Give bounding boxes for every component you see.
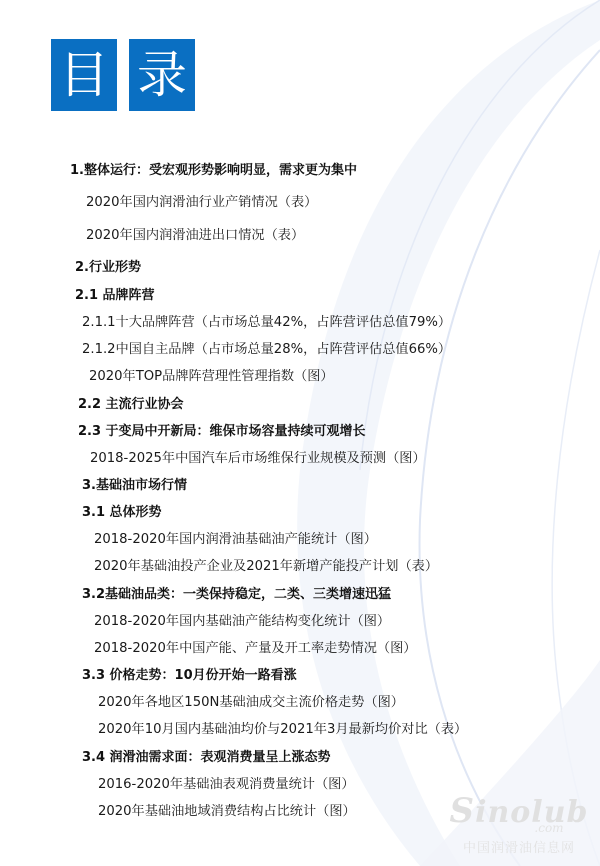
toc-entry[interactable]: 2020年各地区150N基础油成交主流价格走势（图） xyxy=(98,694,404,712)
toc-entry[interactable]: 2020年TOP品牌阵营理性管理指数（图） xyxy=(89,368,334,386)
toc-section-heading[interactable]: 3.1 总体形势 xyxy=(82,504,162,522)
title-char-box: 目 xyxy=(51,39,117,111)
title-char-box: 录 xyxy=(129,39,195,111)
toc-entry[interactable]: 2020年基础油投产企业及2021年新增产能投产计划（表） xyxy=(94,558,438,576)
watermark-logo: Sinolub xyxy=(444,796,594,828)
toc-entry[interactable]: 2.1.1十大品牌阵营（占市场总量42%，占阵营评估总值79%） xyxy=(82,314,451,332)
toc-section-heading[interactable]: 3.基础油市场行情 xyxy=(82,477,187,495)
sinolub-watermark: Sinolub .com 中国润滑油信息网 xyxy=(444,796,594,858)
toc-entry[interactable]: 2016-2020年基础油表观消费量统计（图） xyxy=(98,776,355,794)
toc-section-heading[interactable]: 3.3 价格走势：10月份开始一路看涨 xyxy=(82,667,297,685)
toc-section-heading[interactable]: 2.行业形势 xyxy=(75,259,141,277)
toc-entry[interactable]: 2018-2020年国内基础油产能结构变化统计（图） xyxy=(94,613,390,631)
toc-entry[interactable]: 2020年国内润滑油行业产销情况（表） xyxy=(86,194,317,212)
toc-section-heading[interactable]: 2.2 主流行业协会 xyxy=(78,396,184,414)
toc-section-heading[interactable]: 1.整体运行：受宏观形势影响明显，需求更为集中 xyxy=(70,162,357,180)
toc-entry[interactable]: 2018-2020年中国产能、产量及开工率走势情况（图） xyxy=(94,640,416,658)
toc-entry[interactable]: 2020年10月国内基础油均价与2021年3月最新均价对比（表） xyxy=(98,721,467,739)
toc-section-heading[interactable]: 2.3 于变局中开新局：维保市场容量持续可观增长 xyxy=(78,423,366,441)
toc-entry[interactable]: 2020年国内润滑油进出口情况（表） xyxy=(86,227,304,245)
toc-entry[interactable]: 2018-2025年中国汽车后市场维保行业规模及预测（图） xyxy=(90,450,426,468)
toc-entry[interactable]: 2.1.2中国自主品牌（占市场总量28%，占阵营评估总值66%） xyxy=(82,341,451,359)
toc-entry[interactable]: 2018-2020年国内润滑油基础油产能统计（图） xyxy=(94,531,377,549)
toc-section-heading[interactable]: 2.1 品牌阵营 xyxy=(75,287,155,305)
toc-section-heading[interactable]: 3.4 润滑油需求面：表观消费量呈上涨态势 xyxy=(82,749,331,767)
watermark-site-name: 中国润滑油信息网 xyxy=(444,837,594,856)
toc-entry[interactable]: 2020年基础油地域消费结构占比统计（图） xyxy=(98,803,356,821)
page-title: 目 录 xyxy=(51,39,195,111)
toc-section-heading[interactable]: 3.2基础油品类：一类保持稳定，二类、三类增速迅猛 xyxy=(82,586,391,604)
